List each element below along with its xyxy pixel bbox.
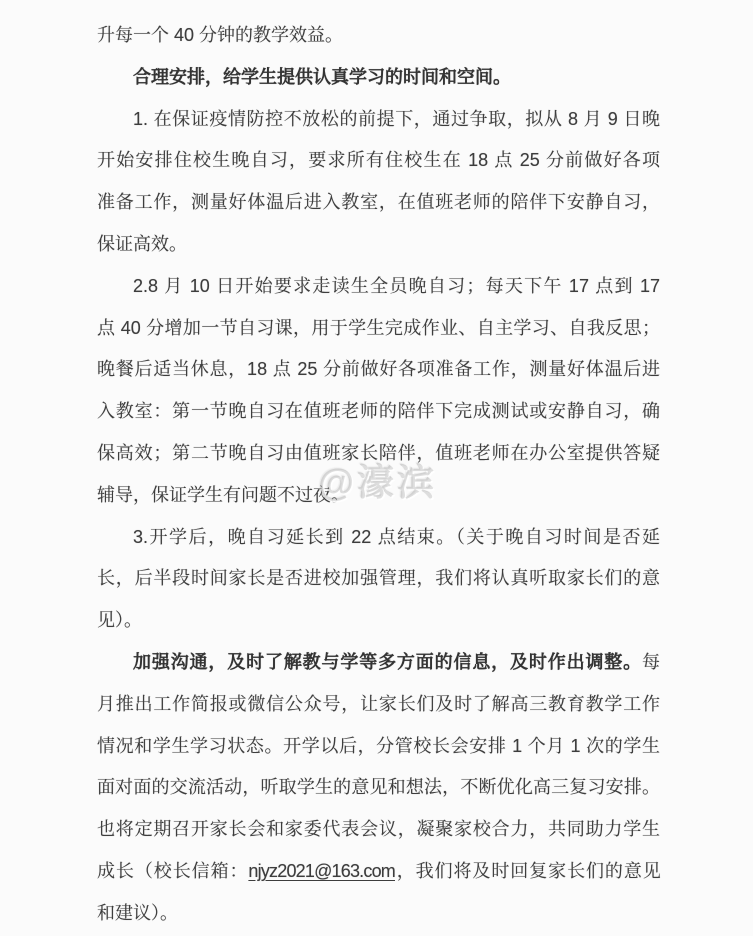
doc-line-4: 开始安排住校生晚自习，要求所有住校生在 18 点 25 分前做好各项 — [97, 140, 660, 182]
doc-line-19: 面对面的交流活动，听取学生的意见和想法，不断优化高三复习安排。 — [97, 767, 660, 809]
doc-line-15: 见）。 — [97, 600, 660, 642]
doc-line-16-tail: 每 — [642, 652, 660, 672]
doc-line-21-post: ，我们将及时回复家长们的意见 — [395, 861, 660, 881]
doc-line-11: 保高效；第二节晚自习由值班家长陪伴，值班老师在办公室提供答疑 — [97, 433, 660, 475]
heading-reasonable-arrangement: 合理安排，给学生提供认真学习的时间和空间。 — [97, 57, 660, 99]
doc-line-12: 辅导，保证学生有问题不过夜。 — [97, 475, 660, 517]
doc-line-16: 加强沟通，及时了解教与学等多方面的信息，及时作出调整。每 — [97, 642, 660, 684]
doc-line-8: 点 40 分增加一节自习课，用于学生完成作业、自主学习、自我反思； — [97, 308, 660, 350]
doc-line-3: 1. 在保证疫情防控不放松的前提下，通过争取，拟从 8 月 9 日晚 — [97, 99, 660, 141]
doc-line-22: 和建议）。 — [97, 893, 660, 935]
doc-line-7: 2.8 月 10 日开始要求走读生全员晚自习；每天下午 17 点到 17 — [97, 266, 660, 308]
document-body: 升每一个 40 分钟的教学效益。 合理安排，给学生提供认真学习的时间和空间。 1… — [97, 0, 660, 935]
doc-line-21-pre: 成长（校长信箱： — [97, 861, 248, 881]
doc-line-20: 也将定期召开家长会和家委代表会议，凝聚家校合力，共同助力学生 — [97, 809, 660, 851]
doc-line-13: 3.开学后，晚自习延长到 22 点结束。（关于晚自习时间是否延 — [97, 517, 660, 559]
document-page: 升每一个 40 分钟的教学效益。 合理安排，给学生提供认真学习的时间和空间。 1… — [0, 0, 753, 936]
doc-line-10: 入教室：第一节晚自习在值班老师的陪伴下完成测试或安静自习，确 — [97, 391, 660, 433]
doc-line-14: 长，后半段时间家长是否进校加强管理，我们将认真听取家长们的意 — [97, 558, 660, 600]
doc-line-21: 成长（校长信箱：njyz2021@163.com，我们将及时回复家长们的意见 — [97, 851, 660, 893]
doc-line-18: 情况和学生学习状态。开学以后，分管校长会安排 1 个月 1 次的学生 — [97, 726, 660, 768]
doc-line-9: 晚餐后适当休息，18 点 25 分前做好各项准备工作，测量好体温后进 — [97, 349, 660, 391]
doc-line-1: 升每一个 40 分钟的教学效益。 — [97, 15, 660, 57]
doc-line-17: 月推出工作简报或微信公众号，让家长们及时了解高三教育教学工作 — [97, 684, 660, 726]
heading-strengthen-communication: 加强沟通，及时了解教与学等多方面的信息，及时作出调整。 — [133, 652, 642, 672]
doc-line-5: 准备工作，测量好体温后进入教室，在值班老师的陪伴下安静自习， — [97, 182, 660, 224]
doc-line-6: 保证高效。 — [97, 224, 660, 266]
principal-email-link[interactable]: njyz2021@163.com — [248, 861, 395, 881]
